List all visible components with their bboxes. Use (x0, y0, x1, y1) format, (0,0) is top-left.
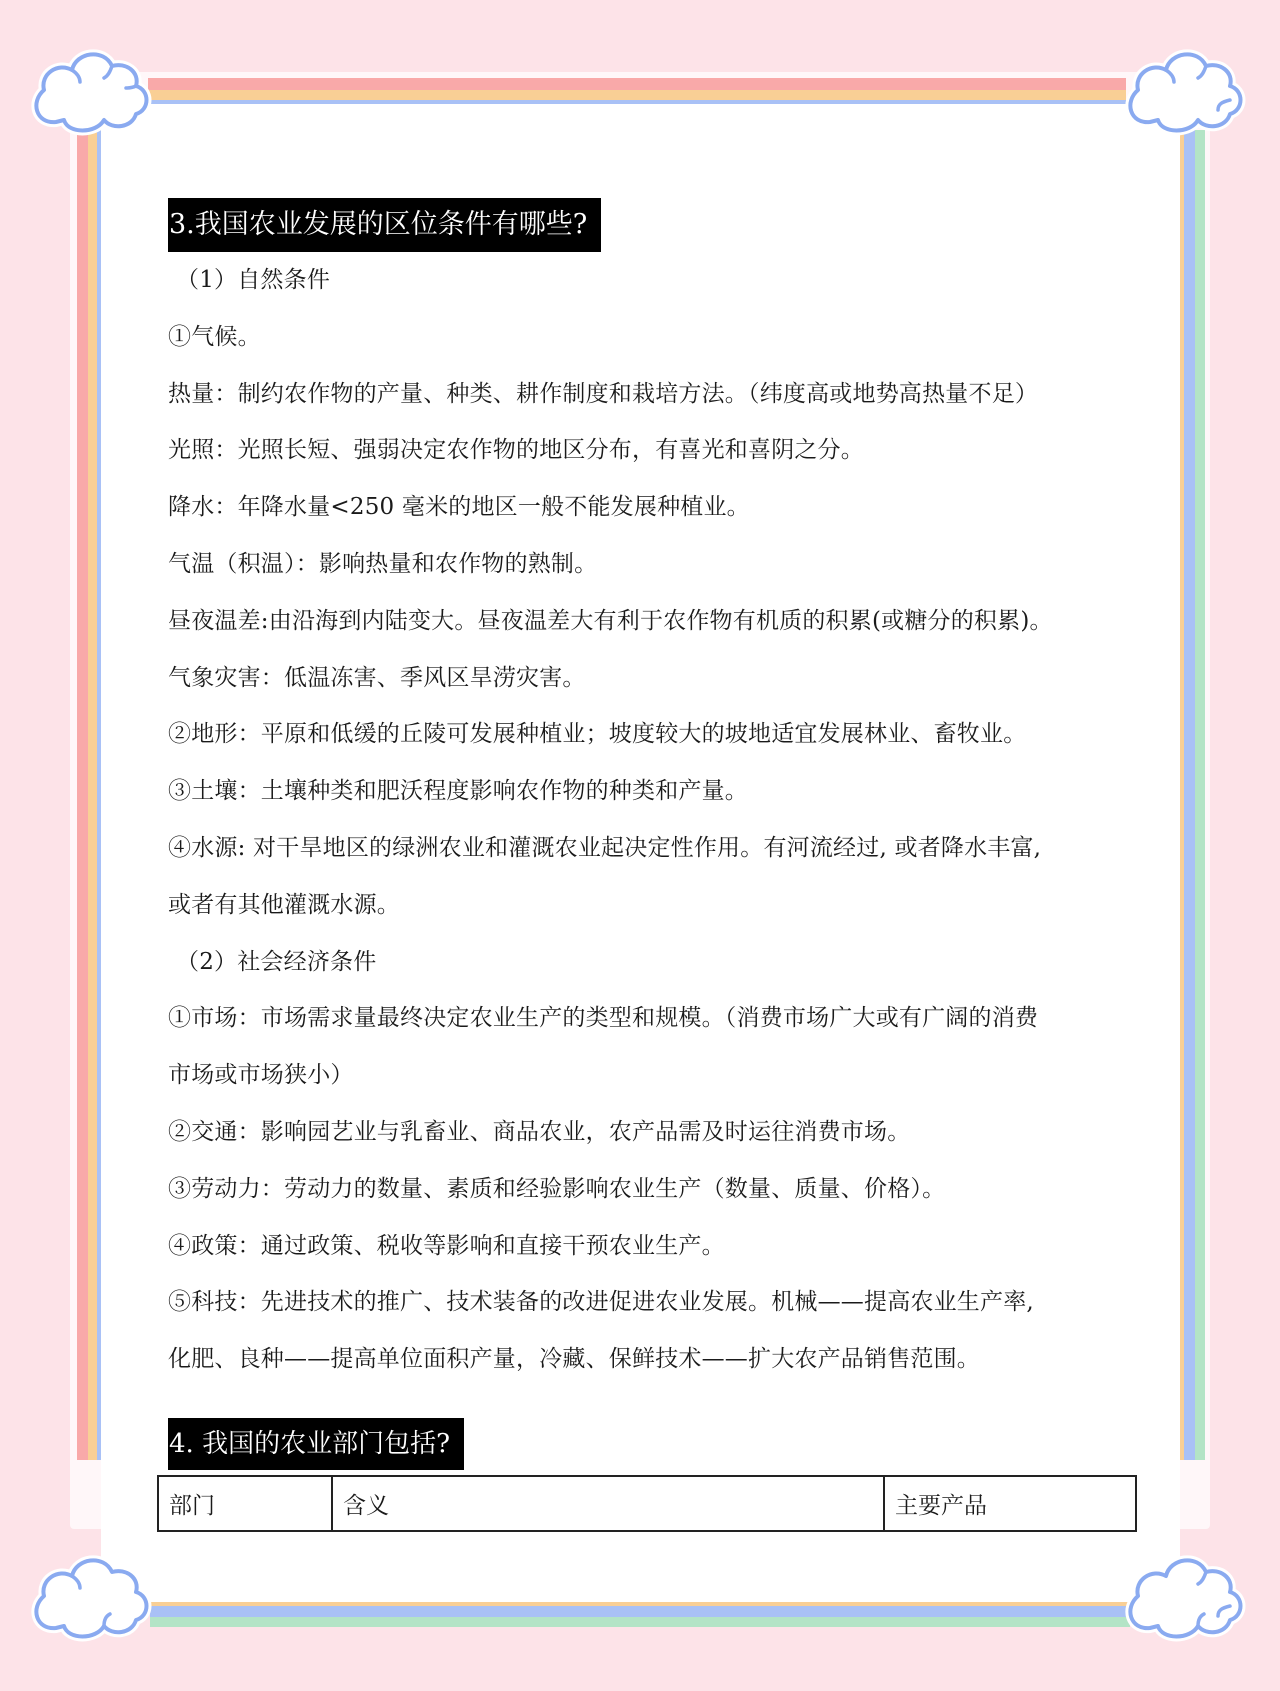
cloud-icon (28, 44, 158, 144)
document-content: 3.我国农业发展的区位条件有哪些? （1）自然条件 ①气候。 热量：制约农作物的… (168, 198, 1138, 1470)
rainbow-stripe-left-red (77, 130, 88, 1460)
natural-line: 昼夜温差:由沿海到内陆变大。昼夜温差大有利于农作物有机质的积累(或糖分的积累)。 (168, 593, 1138, 650)
rainbow-stripe-right-green (1195, 130, 1205, 1460)
natural-line: ③土壤：土壤种类和肥沃程度影响农作物的种类和产量。 (168, 763, 1138, 820)
section4-title: 4. 我国的农业部门包括? (168, 1418, 464, 1470)
cloud-icon (1122, 1550, 1252, 1650)
cloud-icon (28, 1550, 158, 1650)
climate-label: ①气候。 (168, 309, 1138, 366)
header-meaning: 含义 (332, 1476, 884, 1531)
header-department: 部门 (158, 1476, 332, 1531)
social-line: ④政策：通过政策、税收等影响和直接干预农业生产。 (168, 1218, 1138, 1275)
natural-line: 气象灾害：低温冻害、季风区旱涝灾害。 (168, 650, 1138, 707)
rainbow-stripe-bottom-green (150, 1617, 1130, 1627)
rainbow-stripe-left-orange (88, 130, 97, 1460)
natural-line: ④水源: 对干旱地区的绿洲农业和灌溉农业起决定性作用。有河流经过, 或者降水丰富… (168, 820, 1138, 877)
rainbow-stripe-top-red (148, 78, 1126, 90)
natural-line: 光照：光照长短、强弱决定农作物的地区分布，有喜光和喜阴之分。 (168, 422, 1138, 479)
natural-conditions-label: （1）自然条件 (168, 252, 1138, 309)
social-line: ⑤科技：先进技术的推广、技术装备的改进促进农业发展。机械——提高农业生产率, (168, 1274, 1138, 1331)
rainbow-stripe-right-blue (1184, 130, 1195, 1460)
natural-line: ②地形：平原和低缓的丘陵可发展种植业；坡度较大的坡地适宜发展林业、畜牧业。 (168, 706, 1138, 763)
social-line: ②交通：影响园艺业与乳畜业、商品农业，农产品需及时运往消费市场。 (168, 1104, 1138, 1161)
rainbow-stripe-bottom-blue (150, 1606, 1130, 1617)
natural-line: 热量：制约农作物的产量、种类、耕作制度和栽培方法。（纬度高或地势高热量不足） (168, 366, 1138, 423)
table-header-row: 部门 含义 主要产品 (158, 1476, 1136, 1531)
social-line: ③劳动力：劳动力的数量、素质和经验影响农业生产（数量、质量、价格）。 (168, 1161, 1138, 1218)
rainbow-stripe-top-orange (148, 90, 1126, 100)
social-line: 化肥、良种——提高单位面积产量，冷藏、保鲜技术——扩大农产品销售范围。 (168, 1331, 1138, 1388)
social-conditions-label: （2）社会经济条件 (168, 934, 1138, 991)
agriculture-departments-table: 部门 含义 主要产品 (157, 1475, 1137, 1532)
social-line: 市场或市场狭小） (168, 1047, 1138, 1104)
social-line: ①市场：市场需求量最终决定农业生产的类型和规模。（消费市场广大或有广阔的消费 (168, 990, 1138, 1047)
cloud-icon (1122, 44, 1252, 144)
natural-line: 或者有其他灌溉水源。 (168, 877, 1138, 934)
natural-line: 降水：年降水量<250 毫米的地区一般不能发展种植业。 (168, 479, 1138, 536)
section3-title: 3.我国农业发展的区位条件有哪些? (168, 198, 601, 252)
header-main-products: 主要产品 (884, 1476, 1136, 1531)
natural-line: 气温（积温）：影响热量和农作物的熟制。 (168, 536, 1138, 593)
